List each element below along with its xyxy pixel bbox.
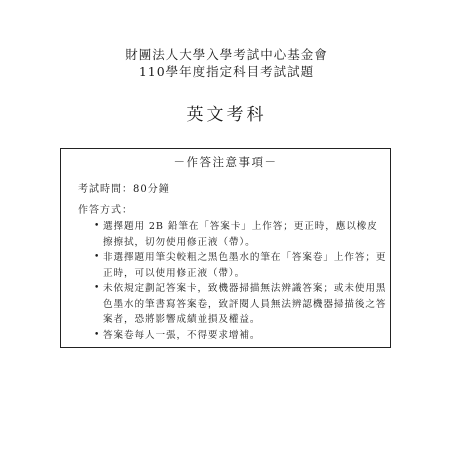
subject-title: 英文考科 bbox=[0, 100, 453, 125]
bullet-icon: • bbox=[94, 328, 100, 344]
organization-name: 財團法人大學入學考試中心基金會 bbox=[0, 45, 453, 63]
bullet-icon: • bbox=[94, 219, 100, 235]
exam-time: 考試時間：80分鐘 bbox=[78, 180, 170, 195]
answer-method-label: 作答方式： bbox=[78, 201, 133, 216]
instruction-text: 未依規定劃記答案卡，致機器掃描無法辨識答案；或未使用黑色墨水的筆書寫答案卷，致評… bbox=[103, 283, 386, 325]
instruction-item: • 未依規定劃記答案卡，致機器掃描無法辨識答案；或未使用黑色墨水的筆書寫答案卷，… bbox=[103, 281, 388, 328]
notice-box: －作答注意事項－ 考試時間：80分鐘 作答方式： • 選擇題用 2B 鉛筆在「答… bbox=[60, 148, 391, 348]
instruction-list: • 選擇題用 2B 鉛筆在「答案卡」上作答；更正時，應以橡皮擦擦拭，切勿使用修正… bbox=[103, 219, 388, 343]
instruction-text: 答案卷每人一張，不得要求增補。 bbox=[103, 330, 260, 341]
instruction-item: • 選擇題用 2B 鉛筆在「答案卡」上作答；更正時，應以橡皮擦擦拭，切勿使用修正… bbox=[103, 219, 388, 250]
instruction-item: • 答案卷每人一張，不得要求增補。 bbox=[103, 328, 388, 344]
instruction-item: • 非選擇題用筆尖較粗之黑色墨水的筆在「答案卷」上作答；更正時，可以使用修正液（… bbox=[103, 250, 388, 281]
exam-title: 110學年度指定科目考試試題 bbox=[0, 62, 453, 80]
notice-title: －作答注意事項－ bbox=[61, 154, 390, 170]
bullet-icon: • bbox=[94, 250, 100, 266]
instruction-text: 選擇題用 2B 鉛筆在「答案卡」上作答；更正時，應以橡皮擦擦拭，切勿使用修正液（… bbox=[103, 221, 378, 248]
bullet-icon: • bbox=[94, 281, 100, 297]
instruction-text: 非選擇題用筆尖較粗之黑色墨水的筆在「答案卷」上作答；更正時，可以使用修正液（帶）… bbox=[103, 252, 386, 279]
